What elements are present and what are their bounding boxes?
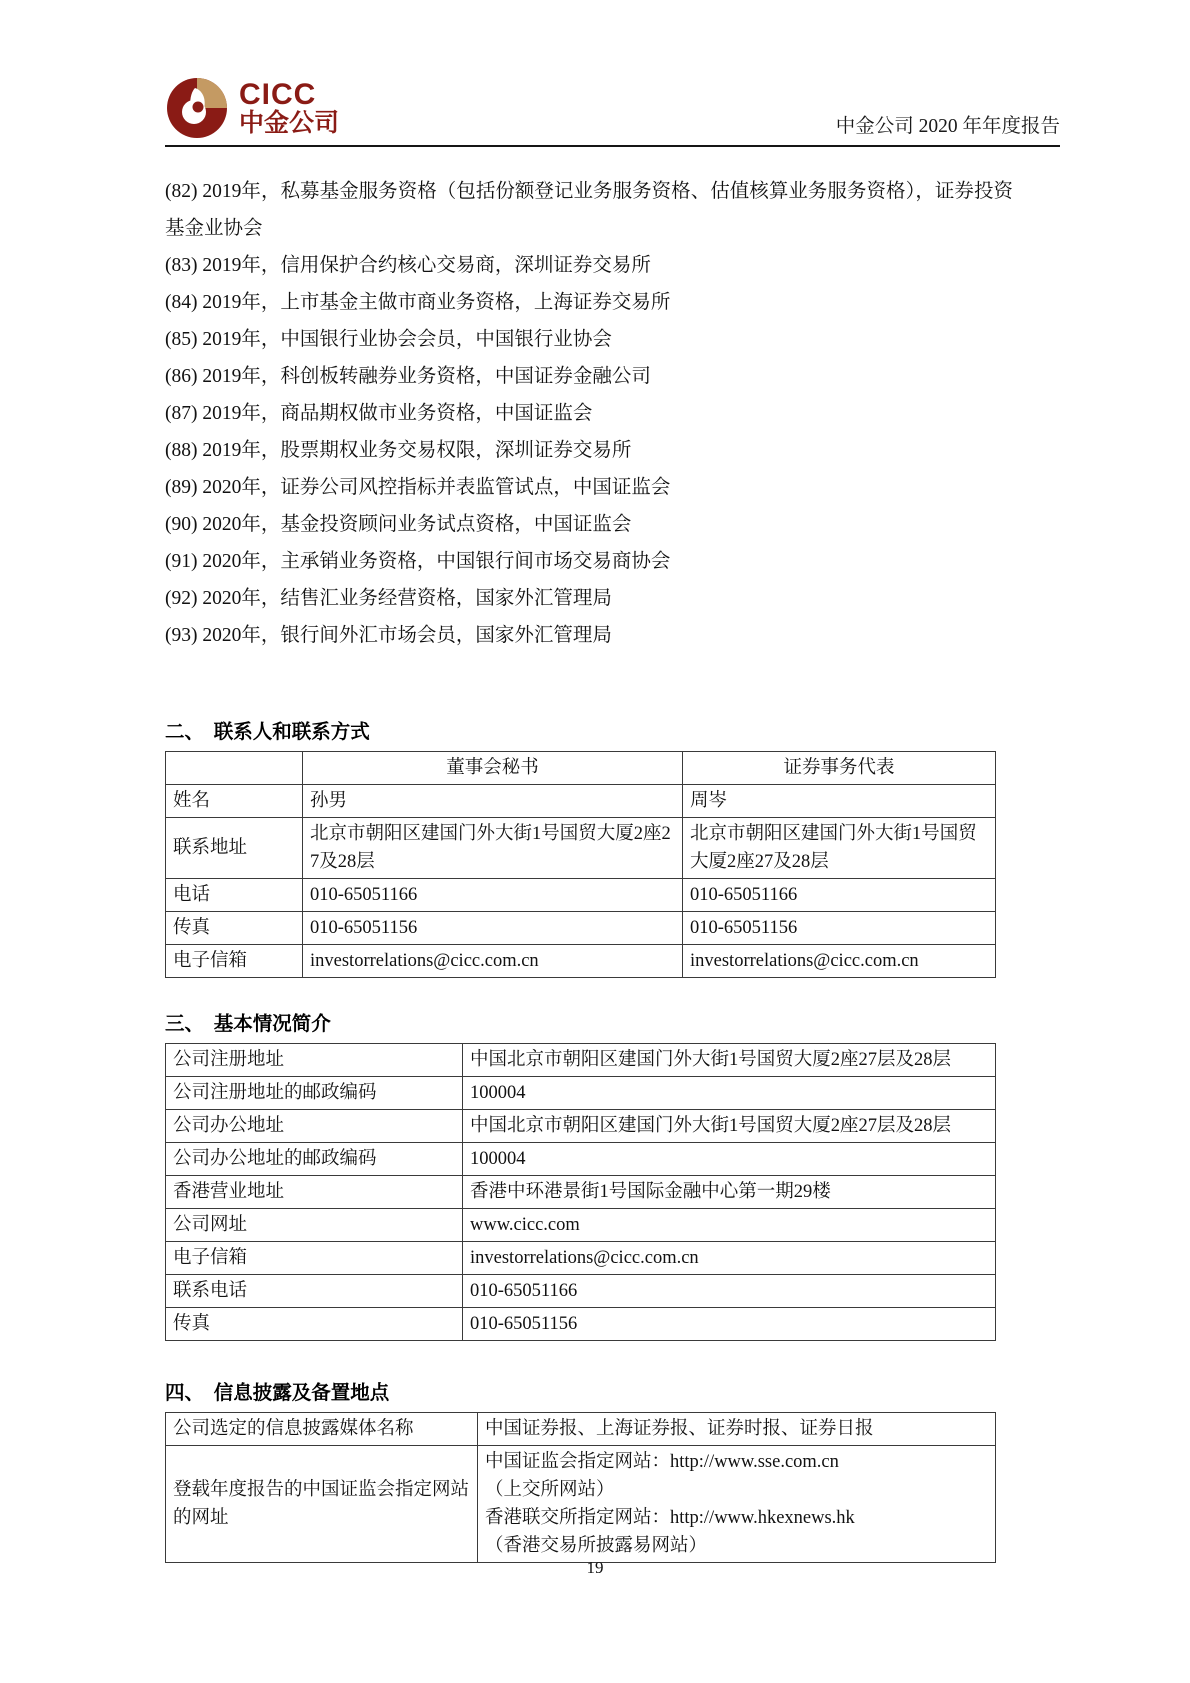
- table-row: 公司注册地址 中国北京市朝阳区建国门外大街1号国贸大厦2座27层及28层: [166, 1044, 996, 1077]
- logo-cicc-latin: CICC: [239, 80, 339, 111]
- cell-value: 中国北京市朝阳区建国门外大街1号国贸大厦2座27层及28层: [463, 1110, 996, 1143]
- cell-value: 孙男: [303, 785, 683, 818]
- table-row: 传真 010-65051156 010-65051156: [166, 912, 996, 945]
- row-label: 电子信箱: [166, 1242, 463, 1275]
- row-label: 电子信箱: [166, 945, 303, 978]
- cell-value: 周岑: [683, 785, 996, 818]
- logo-cicc-chinese: 中金公司: [239, 111, 339, 137]
- list-item: (84) 2019年，上市基金主做市商业务资格，上海证券交易所: [165, 284, 1013, 321]
- cicc-logo-text: CICC 中金公司: [239, 80, 339, 136]
- cell-value: 010-65051166: [683, 879, 996, 912]
- cell-value: investorrelations@cicc.com.cn: [303, 945, 683, 978]
- cell-value: 010-65051156: [463, 1308, 996, 1341]
- row-label: 公司办公地址的邮政编码: [166, 1143, 463, 1176]
- list-item: (87) 2019年，商品期权做市业务资格，中国证监会: [165, 395, 1013, 432]
- section-heading-disclosure: 四、 信息披露及备置地点: [165, 1377, 1025, 1405]
- row-label: 联系地址: [166, 818, 303, 879]
- row-label: 传真: [166, 912, 303, 945]
- contacts-table: 董事会秘书 证券事务代表 姓名 孙男 周岑 联系地址 北京市朝阳区建国门外大街1…: [165, 751, 996, 978]
- table-row: 公司注册地址的邮政编码 100004: [166, 1077, 996, 1110]
- table-row: 香港营业地址 香港中环港景街1号国际金融中心第一期29楼: [166, 1176, 996, 1209]
- section-heading-basic-info: 三、 基本情况简介: [165, 1008, 1025, 1036]
- cell-value: 010-65051166: [463, 1275, 996, 1308]
- list-item: (83) 2019年，信用保护合约核心交易商，深圳证券交易所: [165, 247, 1013, 284]
- list-item: (91) 2020年，主承销业务资格，中国银行间市场交易商协会: [165, 543, 1013, 580]
- report-title: 中金公司 2020 年年度报告: [836, 110, 1060, 140]
- list-item: (85) 2019年，中国银行业协会会员，中国银行业协会: [165, 321, 1013, 358]
- cell-value: 100004: [463, 1077, 996, 1110]
- contacts-corner-cell: [166, 752, 303, 785]
- basic-info-table: 公司注册地址 中国北京市朝阳区建国门外大街1号国贸大厦2座27层及28层 公司注…: [165, 1043, 996, 1341]
- row-label: 公司注册地址: [166, 1044, 463, 1077]
- cell-value: 香港中环港景街1号国际金融中心第一期29楼: [463, 1176, 996, 1209]
- table-row: 董事会秘书 证券事务代表: [166, 752, 996, 785]
- cell-value: 010-65051156: [683, 912, 996, 945]
- table-row: 电子信箱 investorrelations@cicc.com.cn: [166, 1242, 996, 1275]
- row-label: 香港营业地址: [166, 1176, 463, 1209]
- cell-value: 北京市朝阳区建国门外大街1号国贸大厦2座27及28层: [683, 818, 996, 879]
- cell-value: investorrelations@cicc.com.cn: [463, 1242, 996, 1275]
- row-label: 姓名: [166, 785, 303, 818]
- table-row: 电子信箱 investorrelations@cicc.com.cn inves…: [166, 945, 996, 978]
- contacts-col-header: 证券事务代表: [683, 752, 996, 785]
- table-row: 公司办公地址的邮政编码 100004: [166, 1143, 996, 1176]
- cell-value: 中国证监会指定网站：http://www.sse.com.cn （上交所网站） …: [478, 1446, 996, 1563]
- row-label: 电话: [166, 879, 303, 912]
- row-label: 登载年度报告的中国证监会指定网站的网址: [166, 1446, 478, 1563]
- table-row: 联系地址 北京市朝阳区建国门外大街1号国贸大厦2座27及28层 北京市朝阳区建国…: [166, 818, 996, 879]
- qualification-list: (82) 2019年，私募基金服务资格（包括份额登记业务服务资格、估值核算业务服…: [165, 173, 1013, 654]
- list-item: (82) 2019年，私募基金服务资格（包括份额登记业务服务资格、估值核算业务服…: [165, 173, 1013, 247]
- row-label: 联系电话: [166, 1275, 463, 1308]
- row-label: 公司注册地址的邮政编码: [166, 1077, 463, 1110]
- contacts-col-header: 董事会秘书: [303, 752, 683, 785]
- page-number: 19: [0, 1558, 1190, 1578]
- cell-value: www.cicc.com: [463, 1209, 996, 1242]
- list-item: (89) 2020年，证券公司风控指标并表监管试点，中国证监会: [165, 469, 1013, 506]
- table-row: 传真 010-65051156: [166, 1308, 996, 1341]
- list-item: (93) 2020年，银行间外汇市场会员，国家外汇管理局: [165, 617, 1013, 654]
- disclosure-site-line: （上交所网站）: [485, 1476, 988, 1504]
- cell-value: 中国北京市朝阳区建国门外大街1号国贸大厦2座27层及28层: [463, 1044, 996, 1077]
- table-row: 联系电话 010-65051166: [166, 1275, 996, 1308]
- cell-value: 100004: [463, 1143, 996, 1176]
- cell-value: investorrelations@cicc.com.cn: [683, 945, 996, 978]
- table-row: 姓名 孙男 周岑: [166, 785, 996, 818]
- disclosure-site-line: 香港联交所指定网站：http://www.hkexnews.hk: [485, 1504, 988, 1532]
- row-label: 公司选定的信息披露媒体名称: [166, 1413, 478, 1446]
- row-label: 公司办公地址: [166, 1110, 463, 1143]
- list-item: (88) 2019年，股票期权业务交易权限，深圳证券交易所: [165, 432, 1013, 469]
- list-item: (92) 2020年，结售汇业务经营资格，国家外汇管理局: [165, 580, 1013, 617]
- section-heading-contacts: 二、 联系人和联系方式: [165, 716, 1025, 744]
- cicc-logo-icon: [165, 76, 229, 140]
- disclosure-site-line: 中国证监会指定网站：http://www.sse.com.cn: [485, 1448, 988, 1476]
- cicc-logo: CICC 中金公司: [165, 76, 339, 140]
- cell-value: 中国证券报、上海证券报、证券时报、证券日报: [478, 1413, 996, 1446]
- table-row: 公司网址 www.cicc.com: [166, 1209, 996, 1242]
- report-page: CICC 中金公司 中金公司 2020 年年度报告 (82) 2019年，私募基…: [0, 0, 1190, 1683]
- table-row: 公司选定的信息披露媒体名称 中国证券报、上海证券报、证券时报、证券日报: [166, 1413, 996, 1446]
- row-label: 传真: [166, 1308, 463, 1341]
- table-row: 电话 010-65051166 010-65051166: [166, 879, 996, 912]
- cell-value: 北京市朝阳区建国门外大街1号国贸大厦2座27及28层: [303, 818, 683, 879]
- row-label: 公司网址: [166, 1209, 463, 1242]
- list-item: (90) 2020年，基金投资顾问业务试点资格，中国证监会: [165, 506, 1013, 543]
- table-row: 公司办公地址 中国北京市朝阳区建国门外大街1号国贸大厦2座27层及28层: [166, 1110, 996, 1143]
- disclosure-site-line: （香港交易所披露易网站）: [485, 1532, 988, 1560]
- page-header: CICC 中金公司 中金公司 2020 年年度报告: [165, 76, 1060, 147]
- disclosure-table: 公司选定的信息披露媒体名称 中国证券报、上海证券报、证券时报、证券日报 登载年度…: [165, 1412, 996, 1563]
- table-row: 登载年度报告的中国证监会指定网站的网址 中国证监会指定网站：http://www…: [166, 1446, 996, 1563]
- cell-value: 010-65051166: [303, 879, 683, 912]
- list-item: (86) 2019年，科创板转融券业务资格，中国证券金融公司: [165, 358, 1013, 395]
- cell-value: 010-65051156: [303, 912, 683, 945]
